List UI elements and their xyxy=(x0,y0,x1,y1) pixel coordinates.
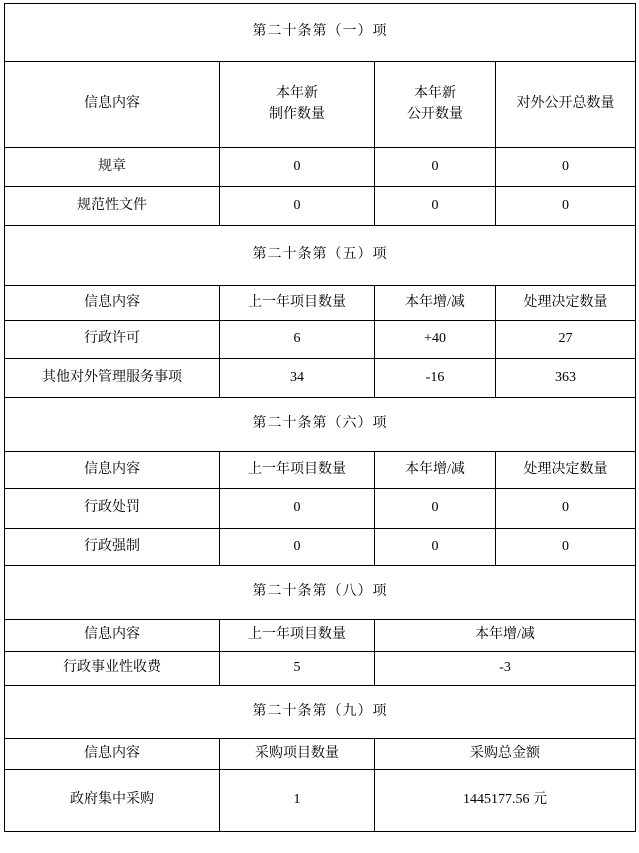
column-header: 本年增/减 xyxy=(375,286,496,321)
row-label: 行政事业性收费 xyxy=(5,652,220,686)
column-header: 本年增/减 xyxy=(375,452,496,489)
column-header: 本年新 公开数量 xyxy=(375,62,496,148)
cell-value: 363 xyxy=(496,359,636,398)
section-9-title-row: 第二十条第（九）项 xyxy=(5,686,636,739)
column-header: 信息内容 xyxy=(5,62,220,148)
column-header: 上一年项目数量 xyxy=(220,452,375,489)
cell-value: 0 xyxy=(375,489,496,529)
row-label: 行政处罚 xyxy=(5,489,220,529)
section-8-title-row: 第二十条第（八）项 xyxy=(5,566,636,620)
column-header: 信息内容 xyxy=(5,286,220,321)
table-row: 政府集中采购 1 1445177.56 元 xyxy=(5,770,636,832)
cell-value: -3 xyxy=(375,652,636,686)
column-header: 上一年项目数量 xyxy=(220,286,375,321)
section-1-title-row: 第二十条第（一）项 xyxy=(5,4,636,62)
section-title: 第二十条第（六）项 xyxy=(5,398,636,452)
cell-value: 0 xyxy=(220,529,375,566)
table-row: 其他对外管理服务事项 34 -16 363 xyxy=(5,359,636,398)
table-row: 行政事业性收费 5 -3 xyxy=(5,652,636,686)
table-row: 规范性文件 0 0 0 xyxy=(5,187,636,226)
column-header: 采购项目数量 xyxy=(220,739,375,770)
cell-value: -16 xyxy=(375,359,496,398)
column-header: 对外公开总数量 xyxy=(496,62,636,148)
cell-value: 0 xyxy=(220,489,375,529)
cell-value: 27 xyxy=(496,321,636,359)
cell-value: 0 xyxy=(496,489,636,529)
cell-value: 5 xyxy=(220,652,375,686)
row-label: 政府集中采购 xyxy=(5,770,220,832)
row-label: 规范性文件 xyxy=(5,187,220,226)
row-label: 行政强制 xyxy=(5,529,220,566)
cell-value: 34 xyxy=(220,359,375,398)
cell-value: 6 xyxy=(220,321,375,359)
table-row: 规章 0 0 0 xyxy=(5,148,636,187)
column-header: 采购总金额 xyxy=(375,739,636,770)
section-1-header-row: 信息内容 本年新 制作数量 本年新 公开数量 对外公开总数量 xyxy=(5,62,636,148)
cell-value: 0 xyxy=(220,148,375,187)
column-header: 本年增/减 xyxy=(375,620,636,652)
cell-value: 0 xyxy=(496,187,636,226)
cell-value: 1 xyxy=(220,770,375,832)
column-header: 处理决定数量 xyxy=(496,452,636,489)
column-header: 处理决定数量 xyxy=(496,286,636,321)
section-title: 第二十条第（五）项 xyxy=(5,226,636,286)
column-header: 信息内容 xyxy=(5,620,220,652)
cell-value: 0 xyxy=(220,187,375,226)
section-6-title-row: 第二十条第（六）项 xyxy=(5,398,636,452)
section-6-header-row: 信息内容 上一年项目数量 本年增/减 处理决定数量 xyxy=(5,452,636,489)
cell-value: +40 xyxy=(375,321,496,359)
table-row: 行政强制 0 0 0 xyxy=(5,529,636,566)
cell-value: 1445177.56 元 xyxy=(375,770,636,832)
section-title: 第二十条第（一）项 xyxy=(5,4,636,62)
cell-value: 0 xyxy=(375,148,496,187)
section-title: 第二十条第（八）项 xyxy=(5,566,636,620)
table-row: 行政许可 6 +40 27 xyxy=(5,321,636,359)
cell-value: 0 xyxy=(375,187,496,226)
section-title: 第二十条第（九）项 xyxy=(5,686,636,739)
row-label: 其他对外管理服务事项 xyxy=(5,359,220,398)
table-row: 行政处罚 0 0 0 xyxy=(5,489,636,529)
report-table: 第二十条第（一）项 信息内容 本年新 制作数量 本年新 公开数量 对外公开总数量… xyxy=(4,3,636,832)
column-header: 本年新 制作数量 xyxy=(220,62,375,148)
section-8-header-row: 信息内容 上一年项目数量 本年增/减 xyxy=(5,620,636,652)
column-header: 信息内容 xyxy=(5,452,220,489)
cell-value: 0 xyxy=(496,529,636,566)
cell-value: 0 xyxy=(375,529,496,566)
column-header: 信息内容 xyxy=(5,739,220,770)
section-5-header-row: 信息内容 上一年项目数量 本年增/减 处理决定数量 xyxy=(5,286,636,321)
report-page: 第二十条第（一）项 信息内容 本年新 制作数量 本年新 公开数量 对外公开总数量… xyxy=(0,0,639,853)
section-9-header-row: 信息内容 采购项目数量 采购总金额 xyxy=(5,739,636,770)
row-label: 规章 xyxy=(5,148,220,187)
cell-value: 0 xyxy=(496,148,636,187)
column-header: 上一年项目数量 xyxy=(220,620,375,652)
row-label: 行政许可 xyxy=(5,321,220,359)
section-5-title-row: 第二十条第（五）项 xyxy=(5,226,636,286)
